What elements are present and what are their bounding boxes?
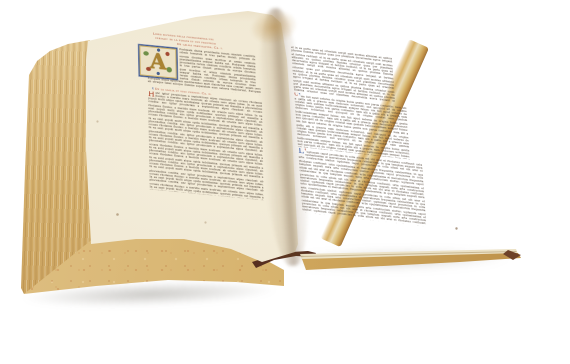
foxing-specks bbox=[0, 0, 1, 1]
illuminated-initial-letter: A bbox=[150, 48, 167, 75]
illuminated-initial-panel: A bbox=[138, 44, 178, 80]
left-page-text-column: Libro secondo della cosmographia uni uer… bbox=[147, 31, 272, 201]
book-photograph: Libro secondo della cosmographia uni uer… bbox=[0, 0, 570, 364]
blue-pilcrow: ¶ bbox=[152, 86, 154, 90]
right-page-text-column: et in ea parte quae ad orientem uergit s… bbox=[291, 46, 433, 227]
left-body-paragraph: Hanc igitur prouinciam a septentrione al… bbox=[148, 91, 264, 200]
left-body-text: anc igitur prouinciam a septentrione alp… bbox=[148, 91, 264, 199]
